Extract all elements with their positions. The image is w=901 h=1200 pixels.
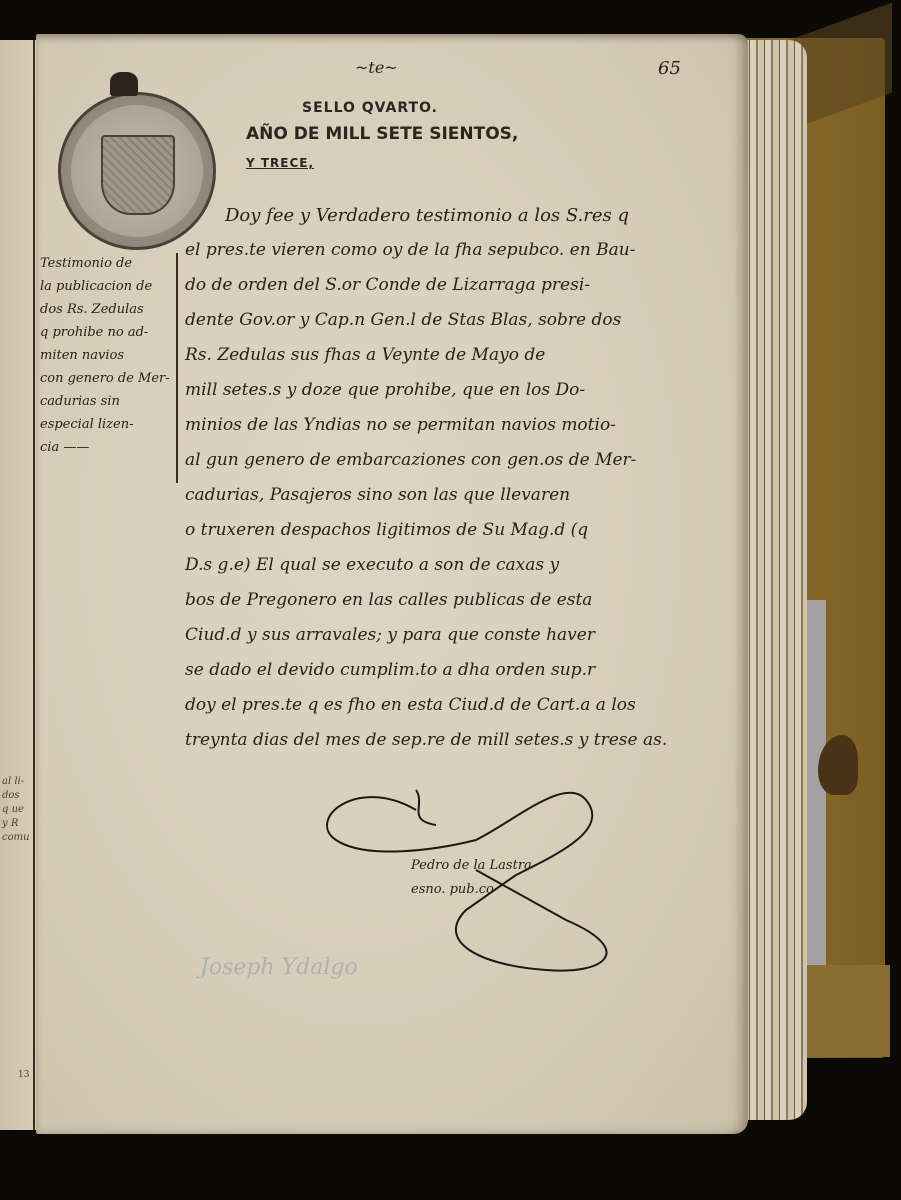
body-line: dente Gov.or y Cap.n Gen.l de Stas Blas,… <box>185 303 745 338</box>
gutter-line <box>33 40 35 1130</box>
body-text: Doy fee y Verdadero testimonio a los S.r… <box>185 198 745 758</box>
body-line: se dado el devido cumplim.to a dha orden… <box>185 653 745 688</box>
bleedthrough-signature: Joseph Ydalgo <box>200 955 358 980</box>
body-line: treynta dias del mes de sep.re de mill s… <box>185 723 745 758</box>
seal-crown-icon <box>110 72 138 96</box>
signature-flourish-icon <box>316 780 626 975</box>
left-page-number: 13 <box>18 1070 29 1080</box>
margin-note-line: Testimonio de <box>40 252 180 275</box>
body-line: Rs. Zedulas sus fhas a Veynte de Mayo de <box>185 338 745 373</box>
notary-signature: Pedro de la Lastra esno. pub.co <box>316 780 626 975</box>
body-line: el pres.te vieren como oy de la fha sepu… <box>185 233 745 268</box>
body-line: doy el pres.te q es fho en esta Ciud.d d… <box>185 688 745 723</box>
margin-note-line: con genero de Mer- <box>40 367 180 390</box>
margin-note: Testimonio de la publicacion de dos Rs. … <box>40 252 180 459</box>
body-line: D.s g.e) El qual se executo a son de cax… <box>185 548 745 583</box>
margin-note-line: cadurias sin <box>40 390 180 413</box>
body-line: Doy fee y Verdadero testimonio a los S.r… <box>225 198 745 233</box>
signature-title: esno. pub.co <box>411 882 494 897</box>
margin-note-line: especial lizen- <box>40 413 180 436</box>
margin-note-line: q prohibe no ad- <box>40 321 180 344</box>
body-line: al gun genero de embarcaziones con gen.o… <box>185 443 745 478</box>
folio-number: 65 <box>658 58 681 79</box>
stamped-paper-line2: AÑO DE MILL SETE SIENTOS, <box>246 124 518 144</box>
body-line: minios de las Yndias no se permitan navi… <box>185 408 745 443</box>
binding-cover-bottom <box>805 965 890 1057</box>
seal-shield-icon <box>101 135 175 215</box>
body-line: mill setes.s y doze que prohibe, que en … <box>185 373 745 408</box>
stamped-paper-line1: SELLO QVARTO. <box>302 100 438 116</box>
margin-note-line: dos Rs. Zedulas <box>40 298 180 321</box>
body-line: cadurias, Pasajeros sino son las que lle… <box>185 478 745 513</box>
body-line: do de orden del S.or Conde de Lizarraga … <box>185 268 745 303</box>
header-mark: ~te~ <box>355 58 398 77</box>
margin-note-line: miten navios <box>40 344 180 367</box>
left-page-fragments: al li- dos q ue y R comu <box>2 775 30 845</box>
margin-rule <box>176 253 178 483</box>
body-line: Ciud.d y sus arravales; y para que const… <box>185 618 745 653</box>
margin-note-line: cia —— <box>40 436 180 459</box>
body-line: o truxeren despachos ligitimos de Su Mag… <box>185 513 745 548</box>
margin-note-line: la publicacion de <box>40 275 180 298</box>
stamped-paper-line3: Y TRECE, <box>246 156 314 170</box>
signature-name: Pedro de la Lastra <box>411 858 532 873</box>
body-line: bos de Pregonero en las calles publicas … <box>185 583 745 618</box>
